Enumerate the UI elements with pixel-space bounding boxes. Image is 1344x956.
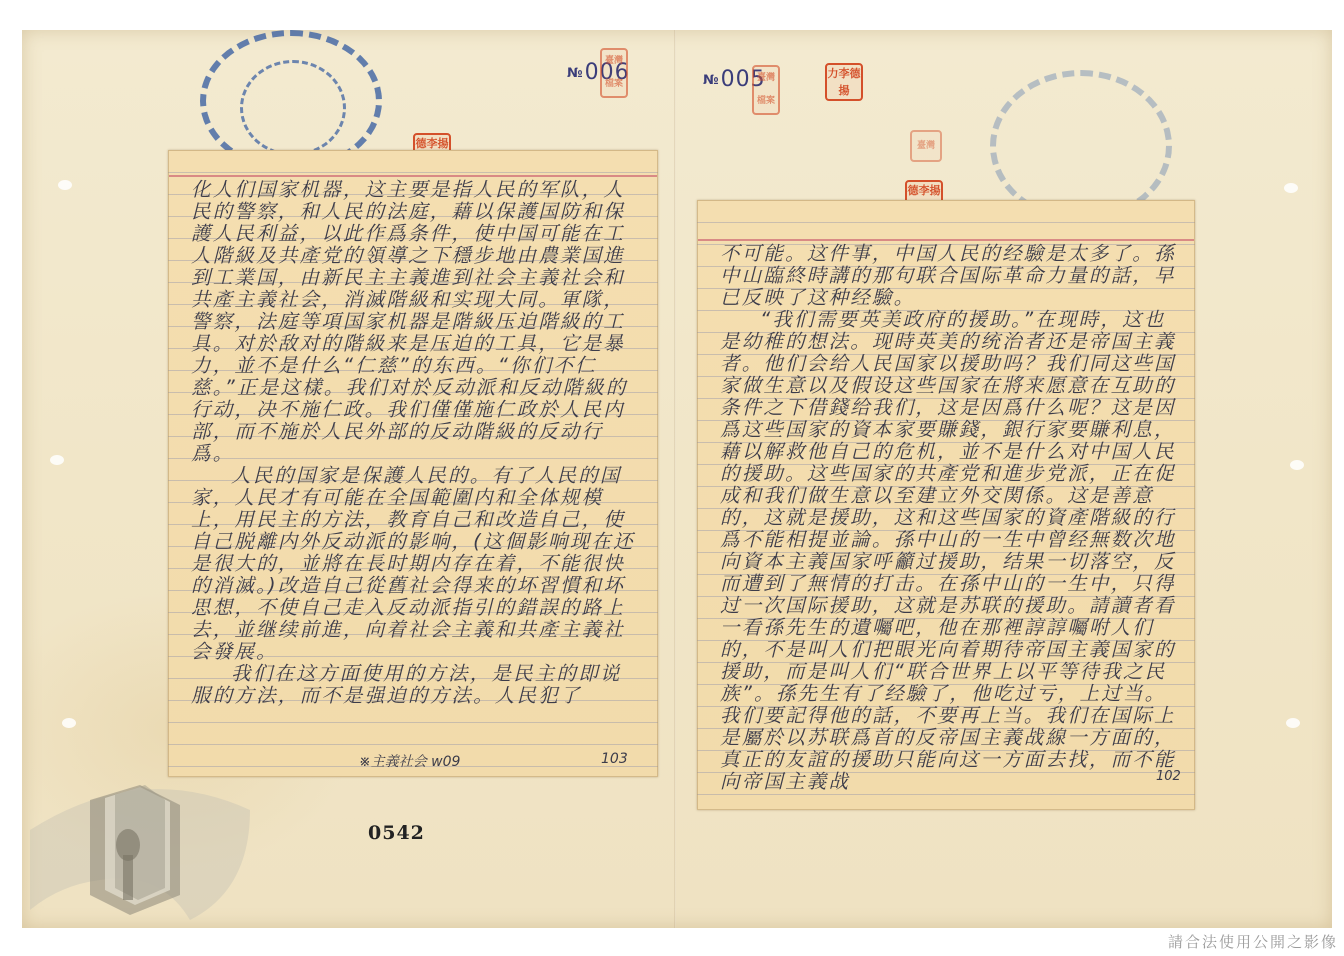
binding-hole	[50, 455, 64, 465]
ruled-red-line	[169, 175, 657, 177]
page-number-left: 103	[601, 751, 628, 767]
paragraph: 我们在这方面使用的方法，是民主的即说服的方法，而不是强迫的方法。人民犯了	[191, 663, 643, 707]
manuscript-page-right: 不可能。这件事，中国人民的经驗是太多了。孫中山臨終時講的那句联合国际革命力量的話…	[697, 200, 1195, 810]
archive-seal-left: 臺 灣 檔 案	[600, 48, 628, 98]
binding-hole	[62, 718, 76, 728]
archive-logo-icon	[20, 770, 250, 940]
name-seal-faded: 臺灣	[910, 130, 942, 162]
paragraph: “我们需要英美政府的援助。”在现時，这也是幼稚的想法。现時英美的统治者还是帝国主…	[720, 309, 1180, 793]
paragraph: 不可能。这件事，中国人民的经驗是太多了。孫中山臨終時講的那句联合国际革命力量的話…	[720, 243, 1180, 309]
binding-hole	[58, 180, 72, 190]
manuscript-page-left: 化人们国家机器，这主要是指人民的军队，人民的警察，和人民的法庭，藉以保護国防和保…	[168, 150, 658, 777]
paragraph: 人民的国家是保護人民的。有了人民的国家，人民才有可能在全国範圍内和全体规模上，用…	[191, 465, 643, 663]
binding-hole	[1284, 183, 1298, 193]
page-text-right: 不可能。这件事，中国人民的经驗是太多了。孫中山臨終時講的那句联合国际革命力量的話…	[720, 243, 1180, 793]
usage-watermark: 請合法使用公開之影像	[1168, 931, 1338, 952]
binding-hole	[1286, 718, 1300, 728]
postmark-stamp-left-inner	[240, 60, 346, 156]
ruled-red-line	[698, 239, 1194, 241]
paragraph: 化人们国家机器，这主要是指人民的军队，人民的警察，和人民的法庭，藉以保護国防和保…	[191, 179, 643, 465]
footer-note: ※主義社会 w09	[359, 751, 460, 771]
serial-number: 0542	[368, 822, 425, 844]
page-number-right: 102	[1156, 769, 1181, 784]
name-seal-top-right: 力李 德揚	[825, 63, 863, 101]
binding-hole	[1290, 460, 1304, 470]
page-text-left: 化人们国家机器，这主要是指人民的军队，人民的警察，和人民的法庭，藉以保護国防和保…	[191, 179, 643, 707]
number-prefix: №	[567, 66, 584, 81]
center-fold	[674, 30, 676, 928]
archive-seal-right: 臺 灣 檔 案	[752, 65, 780, 115]
number-prefix: №	[703, 73, 720, 88]
